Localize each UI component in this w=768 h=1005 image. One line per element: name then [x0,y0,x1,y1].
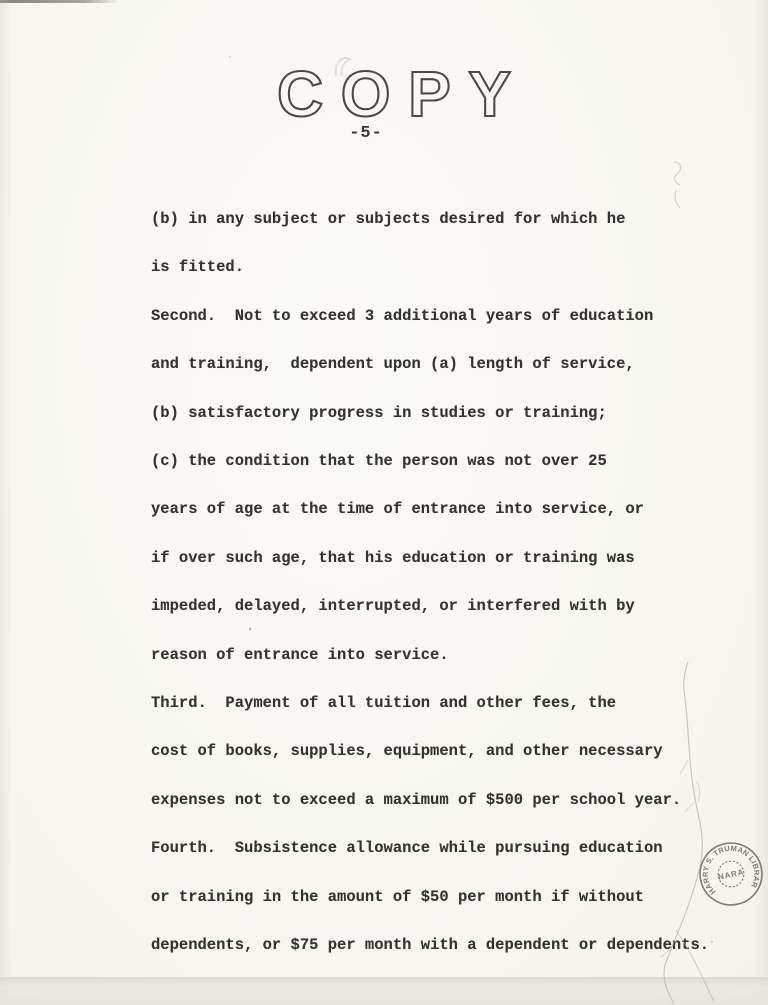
copy-stamp-text: COPY [277,58,511,130]
scan-edge-top [0,0,120,3]
stamp-center-text: NARA [717,867,745,881]
text-line: impeded, delayed, interrupted, or interf… [151,582,741,630]
text-line: Third. Payment of all tuition and other … [151,679,741,727]
scan-edge-left [0,0,12,1005]
text-line: years of age at the time of entrance int… [151,485,741,533]
text-line: and training, dependent upon (a) length … [151,340,741,388]
text-line: dependents, or $75 per month with a depe… [151,921,741,969]
text-line: if over such age, that his education or … [151,534,741,582]
scan-edge-bottom [0,977,768,1005]
text-line: Fourth. Subsistence allowance while purs… [151,824,741,872]
page-number: -5- [306,124,426,143]
text-line: Second. Not to exceed 3 additional years… [151,292,741,340]
copy-stamp-header: COPY [266,56,522,132]
text-line: reason of entrance into service. [151,631,741,679]
text-line: (c) the condition that the person was no… [151,437,741,485]
text-line: (b) satisfactory progress in studies or … [151,389,741,437]
text-line: cost of books, supplies, equipment, and … [151,727,741,775]
document-body: (b) in any subject or subjects desired f… [151,195,741,970]
text-line: is fitted. [151,243,741,291]
text-line: (b) in any subject or subjects desired f… [151,195,741,243]
scanned-document-page: COPY -5- (b) in any subject or subjects … [0,0,768,1005]
archive-stamp: HARRY S. TRUMAN LIBRARY NARA [697,840,765,908]
text-line: expenses not to exceed a maximum of $500… [151,776,741,824]
text-line: or training in the amount of $50 per mon… [151,873,741,921]
